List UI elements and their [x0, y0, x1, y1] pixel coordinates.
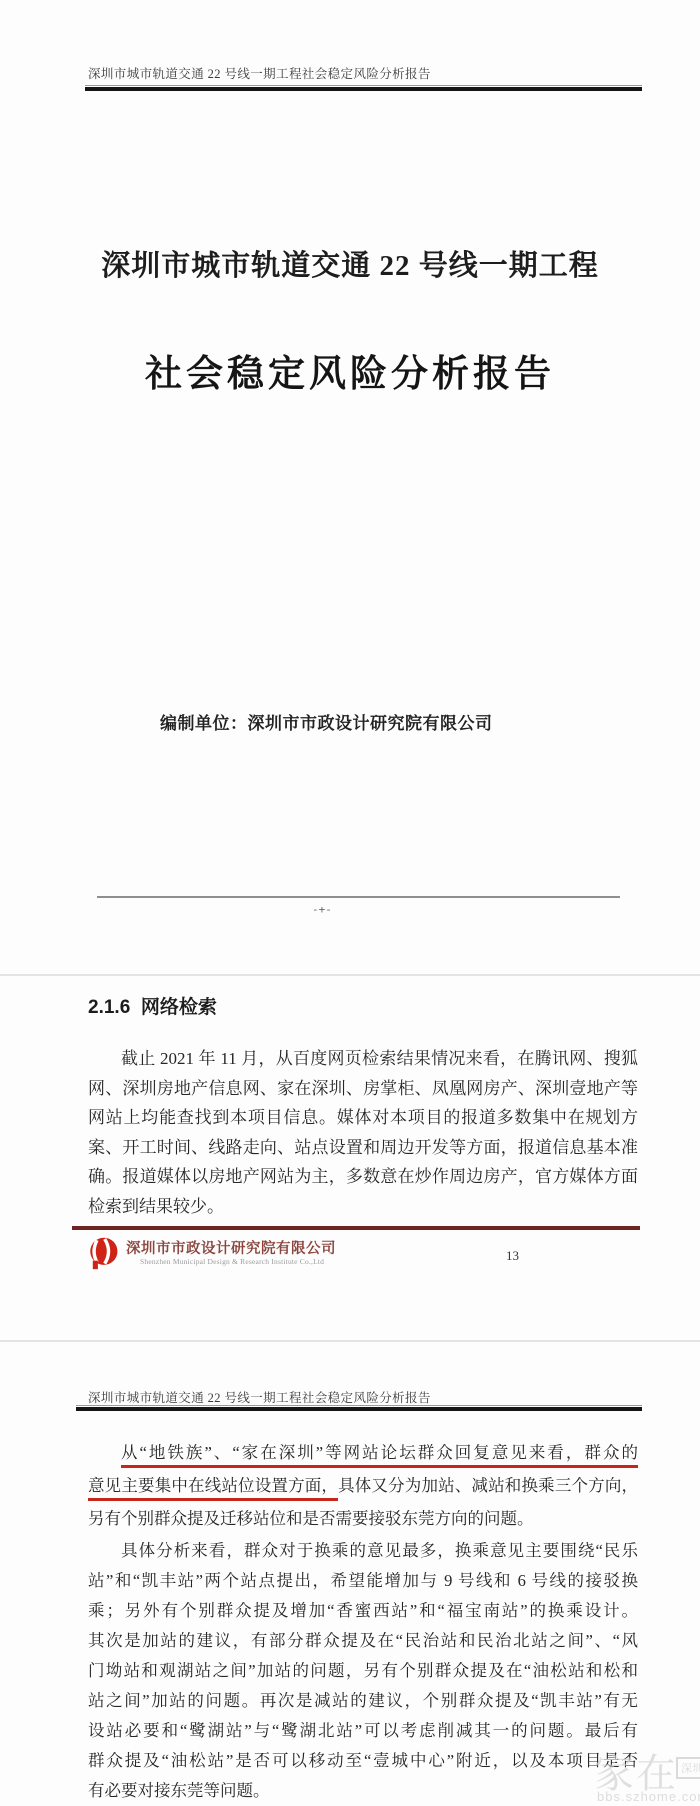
page3-header-rule [76, 1407, 642, 1411]
cover-header-rule [85, 87, 642, 91]
document-scan: 深圳市城市轨道交通 22 号线一期工程社会稳定风险分析报告 深圳市城市轨道交通 … [0, 0, 700, 1806]
paragraph-line: 门坳站和观湖站之间”加站的问题，另有个别群众提及在“油松站和松和 [88, 1656, 638, 1686]
prepared-by-line: 编制单位：深圳市市政设计研究院有限公司 [160, 709, 493, 734]
paragraph-line: 检索到结果较少。 [88, 1192, 638, 1222]
paragraph-line: 有必要对接东莞等问题。 [88, 1776, 638, 1806]
page-number: 13 [506, 1248, 519, 1264]
red-underlined-text: 从“地铁族”、“家在深圳”等网站论坛群众回复意见来看，群众的 [121, 1443, 638, 1468]
page-separator-1 [0, 974, 700, 976]
footer-maroon-rule [72, 1226, 640, 1230]
paragraph-line: 网站上均能查找到本项目信息。媒体对本项目的报道多数集中在规划方 [88, 1103, 638, 1133]
fold-mark: -+- [312, 903, 332, 916]
company-logo-icon [86, 1235, 120, 1271]
paragraph-line: 站”和“凯丰站”两个站点提出，希望能增加与 9 号线和 6 号线的接驳换 [88, 1566, 638, 1596]
company-name-en: Shenzhen Municipal Design & Research Ins… [140, 1257, 324, 1266]
cover-footer-rule [97, 896, 620, 898]
paragraph-line: 从“地铁族”、“家在深圳”等网站论坛群众回复意见来看，群众的 [88, 1436, 638, 1469]
paragraph-line: 具体分析来看，群众对于换乘的意见最多，换乘意见主要围绕“民乐 [88, 1536, 638, 1566]
page3-running-header: 深圳市城市轨道交通 22 号线一期工程社会稳定风险分析报告 [88, 1388, 431, 1406]
cover-title-line1: 深圳市城市轨道交通 22 号线一期工程 [60, 243, 640, 284]
paragraph-line: 确。报道媒体以房地产网站为主，多数意在炒作周边房产，官方媒体方面 [88, 1162, 638, 1192]
paragraph-line: 设站必要和“鹭湖站”与“鹭湖北站”可以考虑削减其一的问题。最后有 [88, 1716, 638, 1746]
company-name-cn: 深圳市市政设计研究院有限公司 [126, 1237, 336, 1258]
page2-paragraph: 截止 2021 年 11 月，从百度网页检索结果情况来看，在腾讯网、搜狐 网、深… [88, 1044, 638, 1221]
watermark-url: bbs.szhome.com [597, 1789, 700, 1804]
page3-paragraph-2: 具体分析来看，群众对于换乘的意见最多，换乘意见主要围绕“民乐 站”和“凯丰站”两… [88, 1536, 638, 1806]
paragraph-line: 另有个别群众提及迁移站位和是否需要接驳东莞方向的问题。 [88, 1502, 638, 1535]
section-heading-216: 2.1.6 网络检索 [88, 992, 217, 1019]
paragraph-line: 网、深圳房地产信息网、家在深圳、房掌柜、凤凰网房产、深圳壹地产等 [88, 1074, 638, 1104]
plain-text: 另有个别群众提及迁移站位和是否需要接驳东莞方向的问题。 [88, 1509, 534, 1528]
cover-running-header: 深圳市城市轨道交通 22 号线一期工程社会稳定风险分析报告 [88, 64, 431, 82]
plain-text: 具体又分为加站、减站和换乘三个方向， [338, 1476, 638, 1495]
watermark-badge: 深圳 [676, 1757, 700, 1779]
paragraph-line: 其次是加站的建议，有部分群众提及在“民治站和民治北站之间”、“风 [88, 1626, 638, 1656]
paragraph-line: 案、开工时间、线路走向、站点设置和周边开发等方面，报道信息基本准 [88, 1133, 638, 1163]
paragraph-line: 乘；另外有个别群众提及增加“香蜜西站”和“福宝南站”的换乘设计。 [88, 1596, 638, 1626]
paragraph-line: 截止 2021 年 11 月，从百度网页检索结果情况来看，在腾讯网、搜狐 [88, 1044, 638, 1074]
paragraph-line: 群众提及“油松站”是否可以移动至“壹城中心”附近，以及本项目是否 [88, 1746, 638, 1776]
paragraph-line: 意见主要集中在线站位设置方面，具体又分为加站、减站和换乘三个方向， [88, 1469, 638, 1502]
page3-paragraph-1: 从“地铁族”、“家在深圳”等网站论坛群众回复意见来看，群众的 意见主要集中在线站… [88, 1436, 638, 1535]
page-separator-2 [0, 1340, 700, 1342]
red-underlined-text: 意见主要集中在线站位设置方面， [88, 1476, 338, 1501]
cover-title-line2: 社会稳定风险分析报告 [60, 343, 640, 397]
paragraph-line: 站之间”加站的问题。再次是减站的建议，个别群众提及“凯丰站”有无 [88, 1686, 638, 1716]
company-logo-icon [86, 1235, 120, 1271]
